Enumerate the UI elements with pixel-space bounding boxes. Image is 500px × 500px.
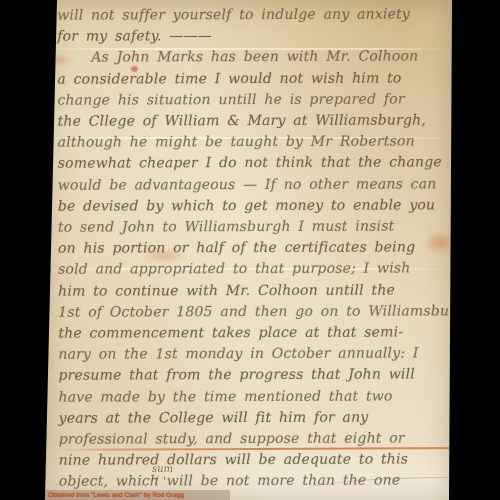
letter-line: sold and appropriated to that purpose; I… xyxy=(58,259,450,282)
inserted-word: sum xyxy=(152,464,173,475)
letter-line: years at the College will fit him for an… xyxy=(59,407,451,430)
letter-line: would be advantageous — If no other mean… xyxy=(58,174,450,197)
letter-lines: will not suffer yourself to indulge any … xyxy=(57,0,451,493)
letter-line: a considerable time I would not wish him… xyxy=(57,68,449,91)
letter-line: professional study, and suppose that eig… xyxy=(59,428,451,451)
letter-line: for my safety. ——— xyxy=(57,26,449,49)
letter-line: have made by the time mentioned that two xyxy=(58,386,450,409)
background: will not suffer yourself to indulge any … xyxy=(0,0,500,500)
letter-line: will not suffer yourself to indulge any … xyxy=(57,4,449,27)
letter-line: be devised by which to get money to enab… xyxy=(58,195,450,218)
letter-line: presume that from the progress that John… xyxy=(58,365,450,388)
letter-line: change his situation untill he is prepar… xyxy=(57,89,449,112)
letter-line: the Cllege of William & Mary at Williams… xyxy=(58,110,450,133)
letter-line: although he might be taught by Mr Robert… xyxy=(58,132,450,155)
letter-page: will not suffer yourself to indulge any … xyxy=(45,0,452,500)
letter-line: to send John to Williamsburgh I must ins… xyxy=(58,216,450,239)
letter-line: nine hundred dollars will be adequate to… xyxy=(59,450,451,473)
letter-line: the commencement takes place at that sem… xyxy=(58,322,450,345)
letter-line: him to continue with Mr. Colhoon untill … xyxy=(58,280,450,303)
credit-caption: Obtained from "Lewis and Clark" by Rod G… xyxy=(48,492,184,499)
letter-line: on his portion or half of the certificat… xyxy=(58,238,450,261)
letter-line: As John Marks has been with Mr. Colhoon xyxy=(57,47,449,70)
letter-line: nary on the 1st monday in October annual… xyxy=(58,344,450,367)
letter-line: 1st of October 1805 and then go on to Wi… xyxy=(58,301,450,324)
letter-line: somewhat cheaper I do not think that the… xyxy=(58,153,450,176)
insertion-caret xyxy=(157,476,166,479)
